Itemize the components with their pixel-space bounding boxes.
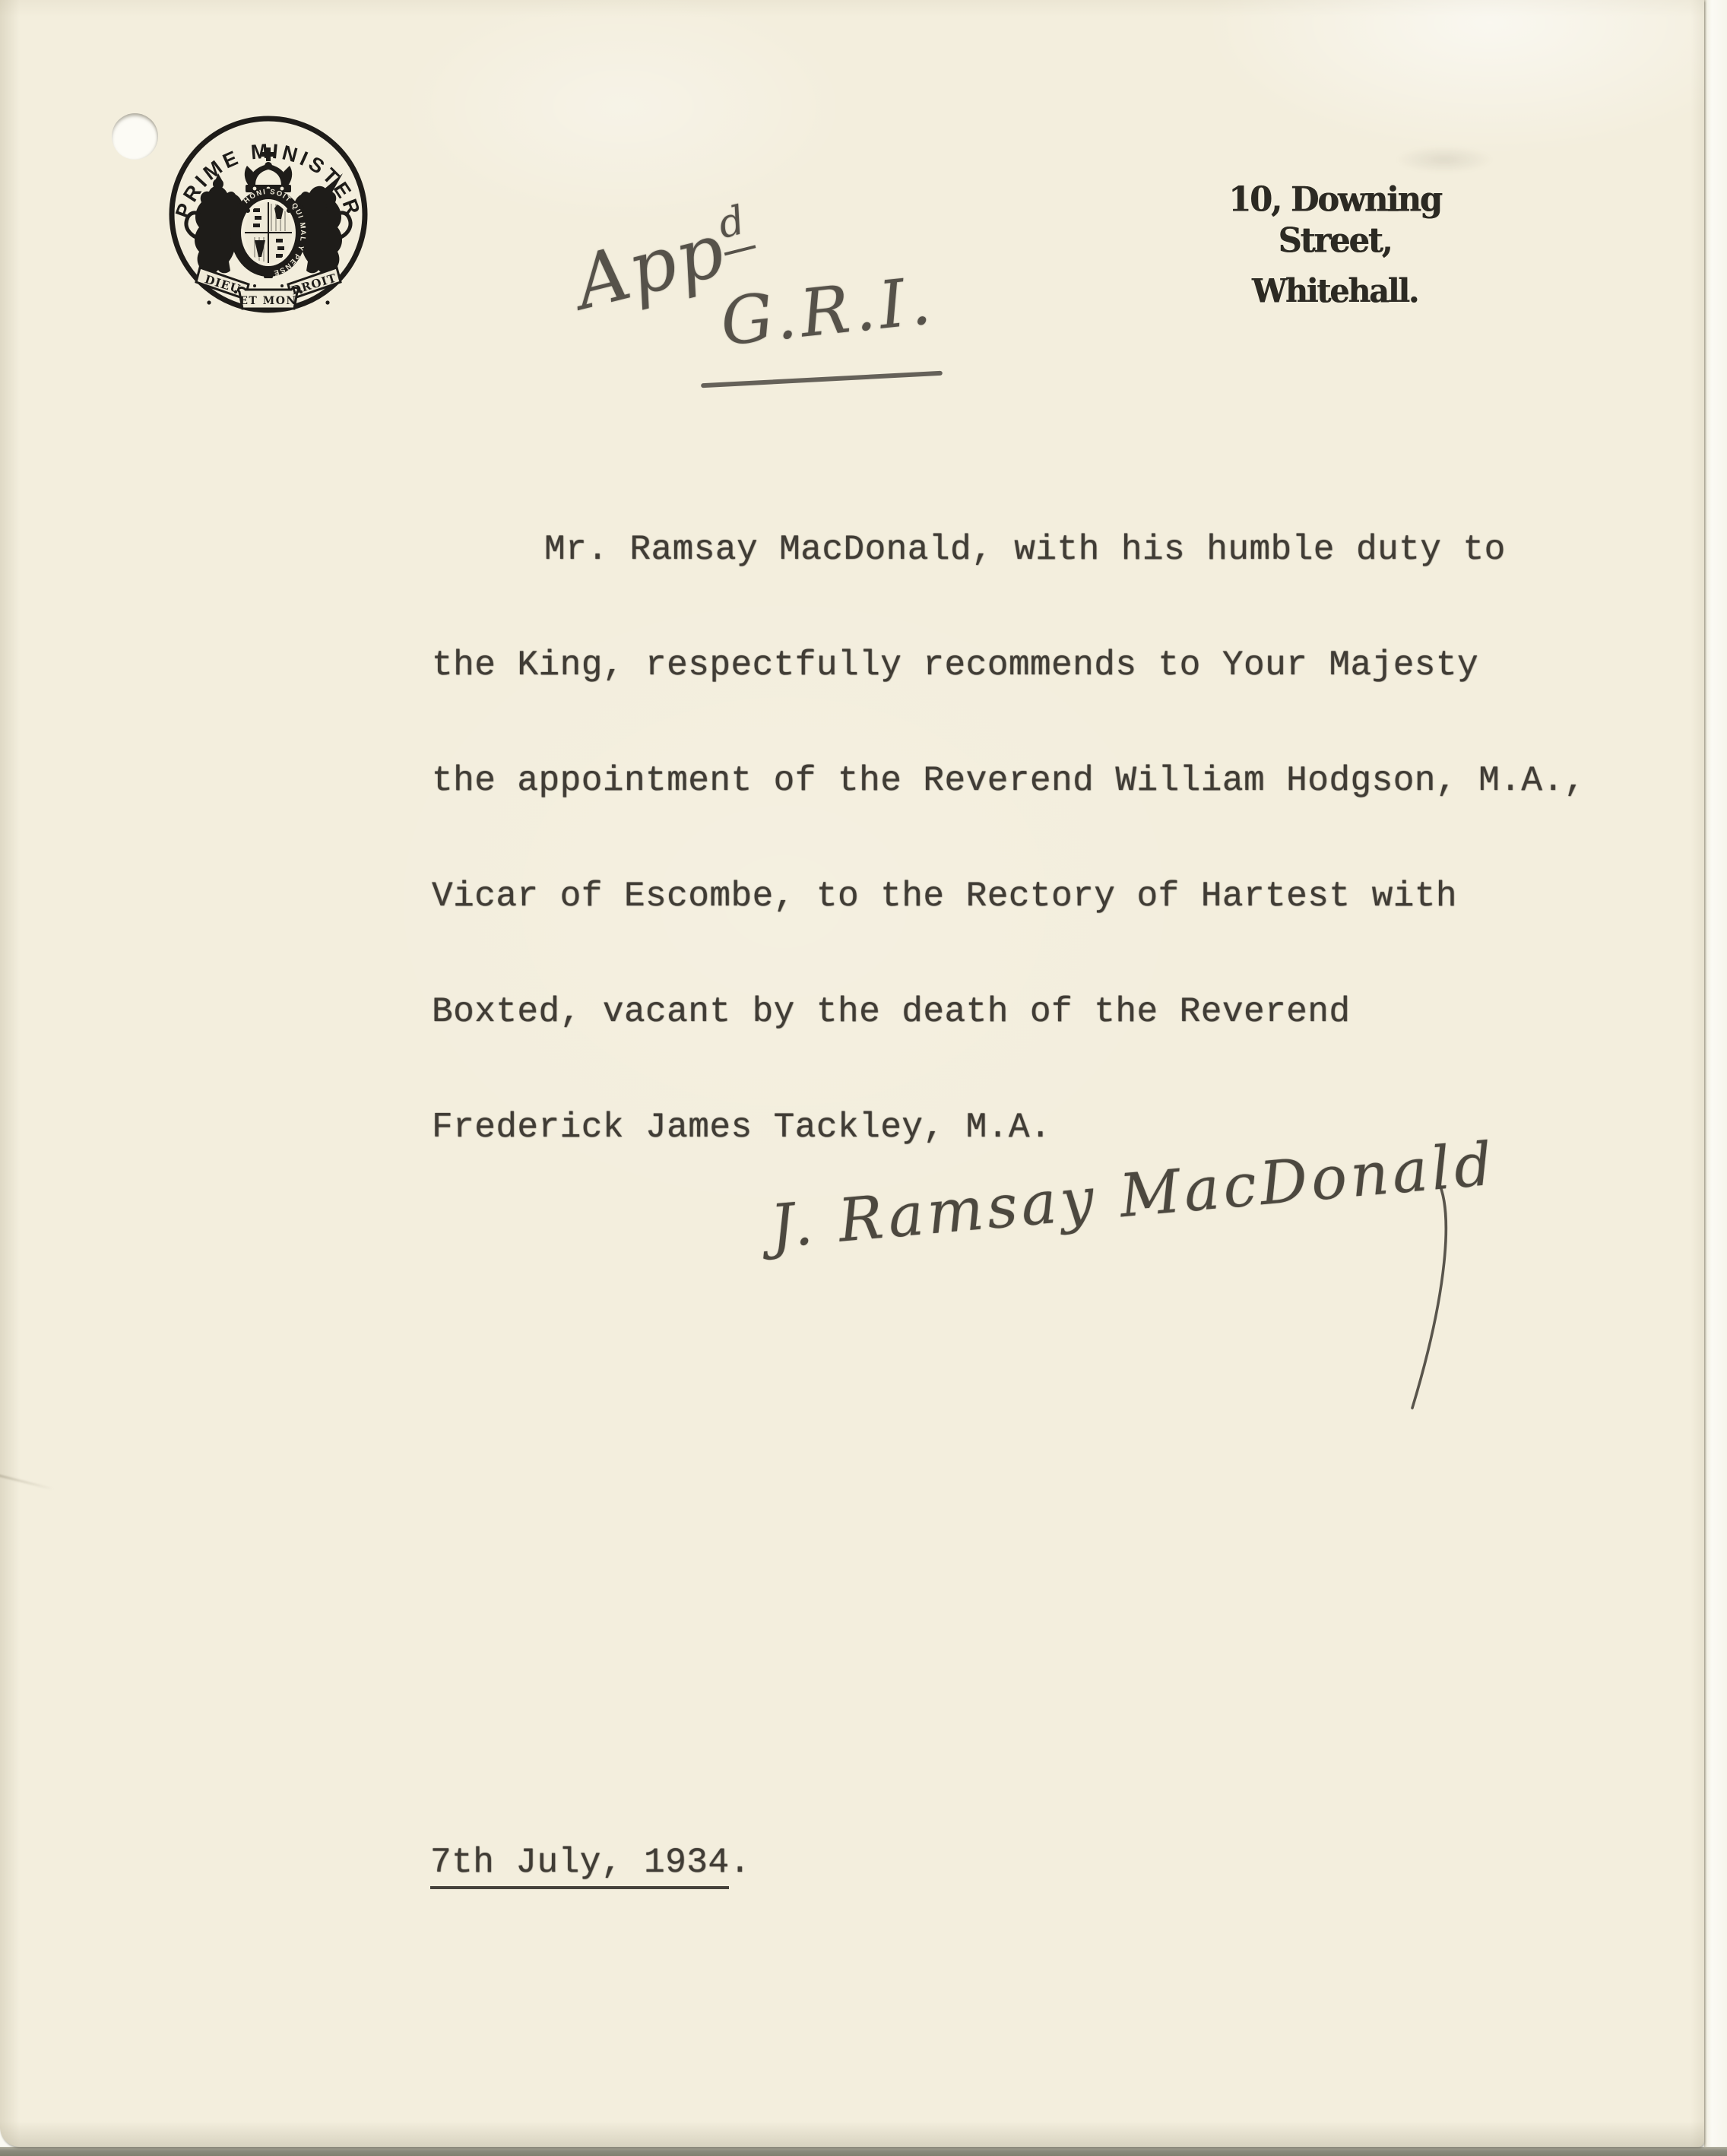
body-line: Boxted, vacant by the death of the Rever… [432,991,1648,1106]
scanned-letter-page: PRIME MINISTER [0,0,1727,2156]
body-line: Mr. Ramsay MacDonald, with his humble du… [544,528,1648,644]
paper-sheet: PRIME MINISTER [0,0,1704,2147]
pencil-smudge [1395,146,1494,173]
scanner-background-bottom [0,2147,1727,2156]
scanner-margin-right [1704,0,1727,2156]
letterhead-district: Whitehall. [1183,273,1487,309]
date-underlined: 7th July, 1934 [430,1843,729,1889]
letterhead-street: 10, Downing Street, [1183,179,1487,262]
signature-tail-stroke [1361,1171,1467,1422]
paper-crease [0,1474,54,1491]
letter-body: Mr. Ramsay MacDonald, with his humble du… [432,528,1648,1222]
body-line: the King, respectfully recommends to You… [432,644,1648,759]
garter-buckle [264,268,273,278]
letterhead-address: 10, Downing Street, Whitehall. [1183,181,1487,309]
royal-initials-underline [701,371,943,388]
punch-hole [112,113,158,160]
approved-word: App [567,207,734,326]
letter-date: 7th July, 1934. [430,1843,751,1882]
date-period: . [729,1843,750,1882]
body-line: Vicar of Escombe, to the Rectory of Hart… [432,875,1648,991]
royal-shield [243,201,293,265]
body-line: the appointment of the Reverend William … [432,759,1648,875]
royal-crest-seal-icon: PRIME MINISTER [162,111,375,318]
motto-bottom: ET MON [239,295,296,307]
